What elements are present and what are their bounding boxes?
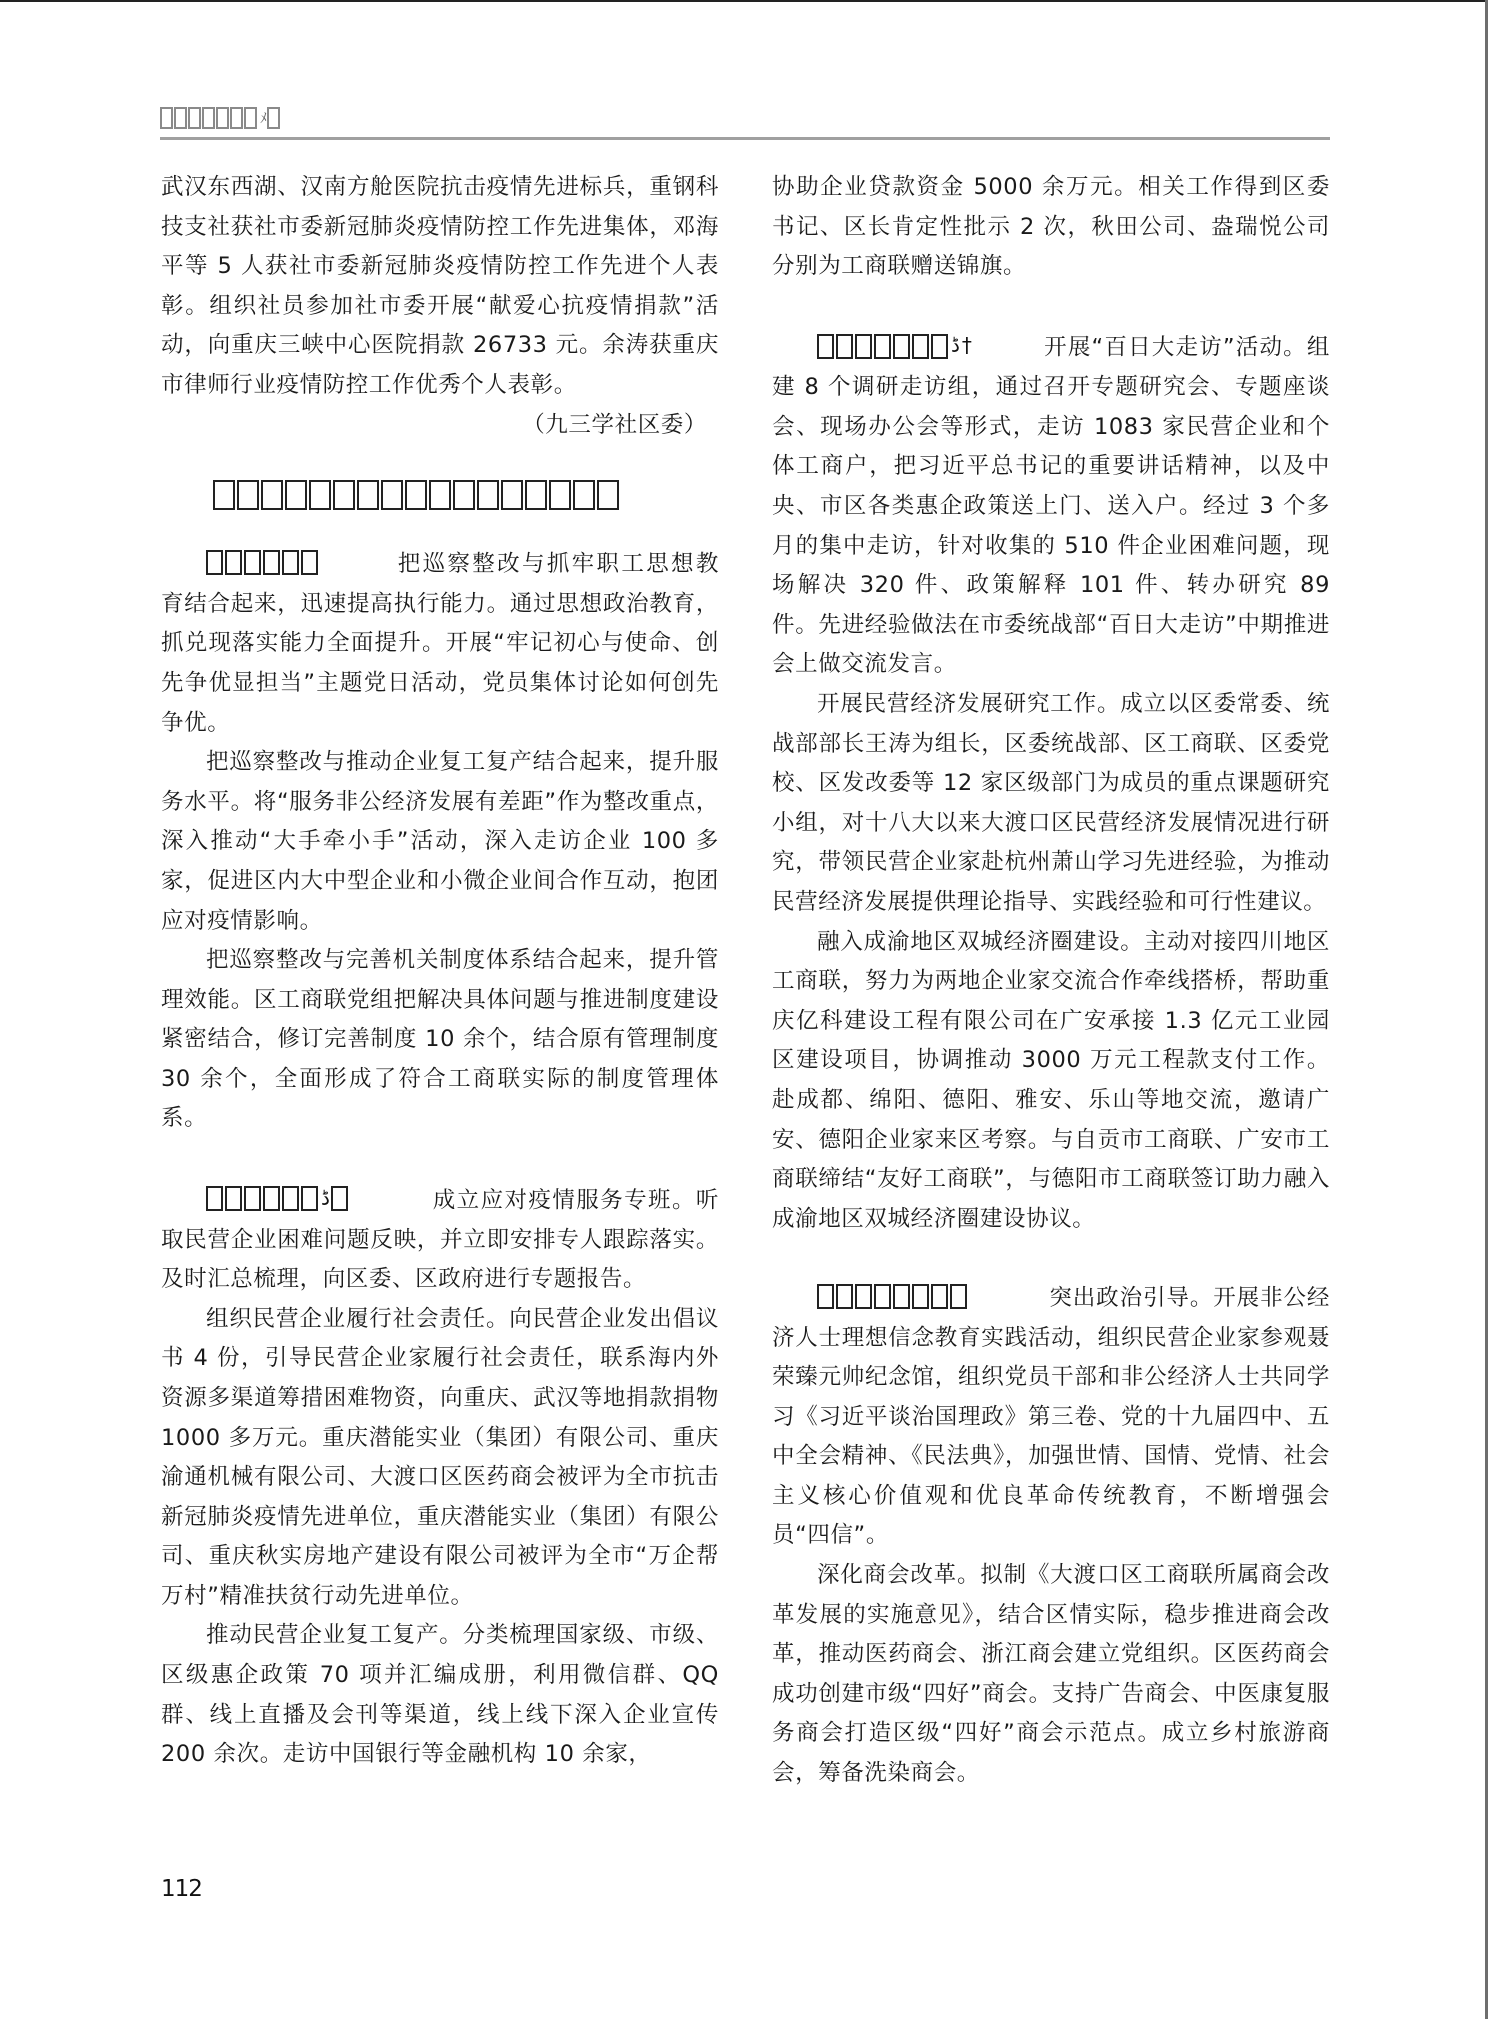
paragraph: 融入成渝地区双城经济圈建设。主动对接四川地区工商联，努力为两地企业家交流合作牵线… (772, 923, 1330, 1240)
right-column: 协助企业贷款资金 5000 余万元。相关工作得到区委书记、区长肯定性批示 2 次… (772, 168, 1330, 1794)
section-title (161, 465, 719, 525)
paragraph: 推动民营企业复工复产。分类梳理国家级、市级、区级惠企政策 70 项并汇编成册，利… (161, 1616, 719, 1774)
page-border-top (0, 0, 1488, 2)
continued-paragraph: 武汉东西湖、汉南方舱医院抗击疫情先进标兵，重钢科技支社获社市委新冠肺炎疫情防控工… (161, 168, 719, 406)
missing-glyph-box (216, 107, 229, 129)
running-head-glyph: ﾒ (260, 108, 265, 128)
missing-glyph-box (174, 107, 187, 129)
section-3-subheading: ڈ † (817, 326, 974, 366)
section-4-lead-paragraph: 突出政治引导。开展非公经济人士理想信念教育实践活动，组织民营企业家参观聂荣臻元帅… (772, 1279, 1330, 1556)
left-column: 武汉东西湖、汉南方舱医院抗击疫情先进标兵，重钢科技支社获社市委新冠肺炎疫情防控工… (161, 168, 719, 1775)
paragraph: 组织民营企业履行社会责任。向民营企业发出倡议书 4 份，引导民营企业家履行社会责… (161, 1300, 719, 1617)
paragraph: 把巡察整改与推动企业复工复产结合起来，提升服务水平。将“服务非公经济发展有差距”… (161, 743, 719, 941)
section-1-subheading (206, 550, 320, 575)
missing-glyph-box (267, 107, 280, 129)
section-3-lead-paragraph: ڈ † 开展“百日大走访”活动。组建 8 个调研走访组，通过召开专题研究会、专题… (772, 326, 1330, 685)
missing-glyph-box (230, 107, 243, 129)
continued-paragraph: 协助企业贷款资金 5000 余万元。相关工作得到区委书记、区长肯定性批示 2 次… (772, 168, 1330, 287)
section-1-lead-paragraph: 把巡察整改与抓牢职工思想教育结合起来，迅速提高执行能力。通过思想政治教育，抓兑现… (161, 545, 719, 743)
missing-glyph-box (188, 107, 201, 129)
section-2-subheading: ڈ (206, 1179, 350, 1219)
section-2-lead-paragraph: ڈ 成立应对疫情服务专班。听取民营企业困难问题反映，并立即安排专人跟踪落实。及时… (161, 1179, 719, 1300)
paragraph: 开展民营经济发展研究工作。成立以区委常委、统战部部长王涛为组长，区委统战部、区工… (772, 685, 1330, 923)
signature: （九三学社区委） (161, 406, 719, 446)
missing-glyph-box (244, 107, 257, 129)
page-number: 112 (161, 1876, 202, 1902)
running-head: ﾒ (160, 106, 281, 130)
section-4-subheading (817, 1284, 969, 1309)
header-rule (160, 137, 1330, 140)
missing-glyph-box (160, 107, 173, 129)
paragraph: 把巡察整改与完善机关制度体系结合起来，提升管理效能。区工商联党组把解决具体问题与… (161, 941, 719, 1139)
missing-glyph-box (202, 107, 215, 129)
paragraph: 深化商会改革。拟制《大渡口区工商联所属商会改革发展的实施意见》，结合区情实际，稳… (772, 1556, 1330, 1794)
